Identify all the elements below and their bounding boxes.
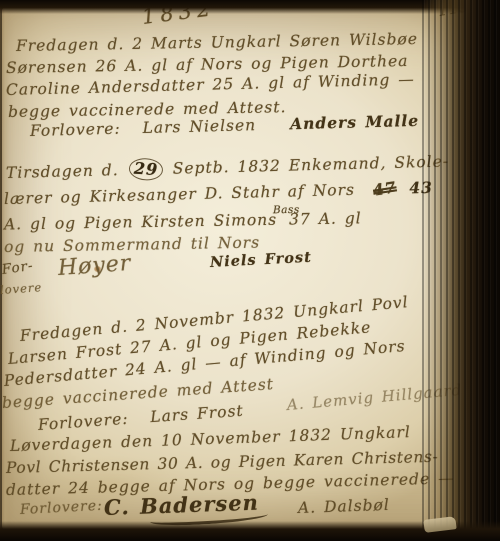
entry2-forlovere-label-bottom: lovere (0, 280, 43, 297)
register-scan-photo: 1832 113. Fredagen d. 2 Marts Ungkarl Sø… (0, 0, 500, 541)
entry1-witness2-signature: Anders Malle (290, 111, 420, 133)
insertion-mark: Bass (277, 209, 281, 225)
entry1-witness1-signature: Lars Nielsen (142, 116, 256, 137)
entry2-struck-number: 47 (372, 177, 398, 199)
entry4-witness2-signature: A. Dalsbøl (298, 496, 390, 517)
book-binding-right (422, 0, 500, 541)
entry2-inserted-word: Bass (273, 203, 300, 215)
entry2-circled-day: 29 (128, 157, 164, 181)
entry1-forlovere-label: Forlovere: (30, 120, 121, 140)
entry2-witness1-signature: Høyer (57, 251, 132, 281)
entry2-line1-pre: Tirsdagen d. (6, 161, 119, 182)
